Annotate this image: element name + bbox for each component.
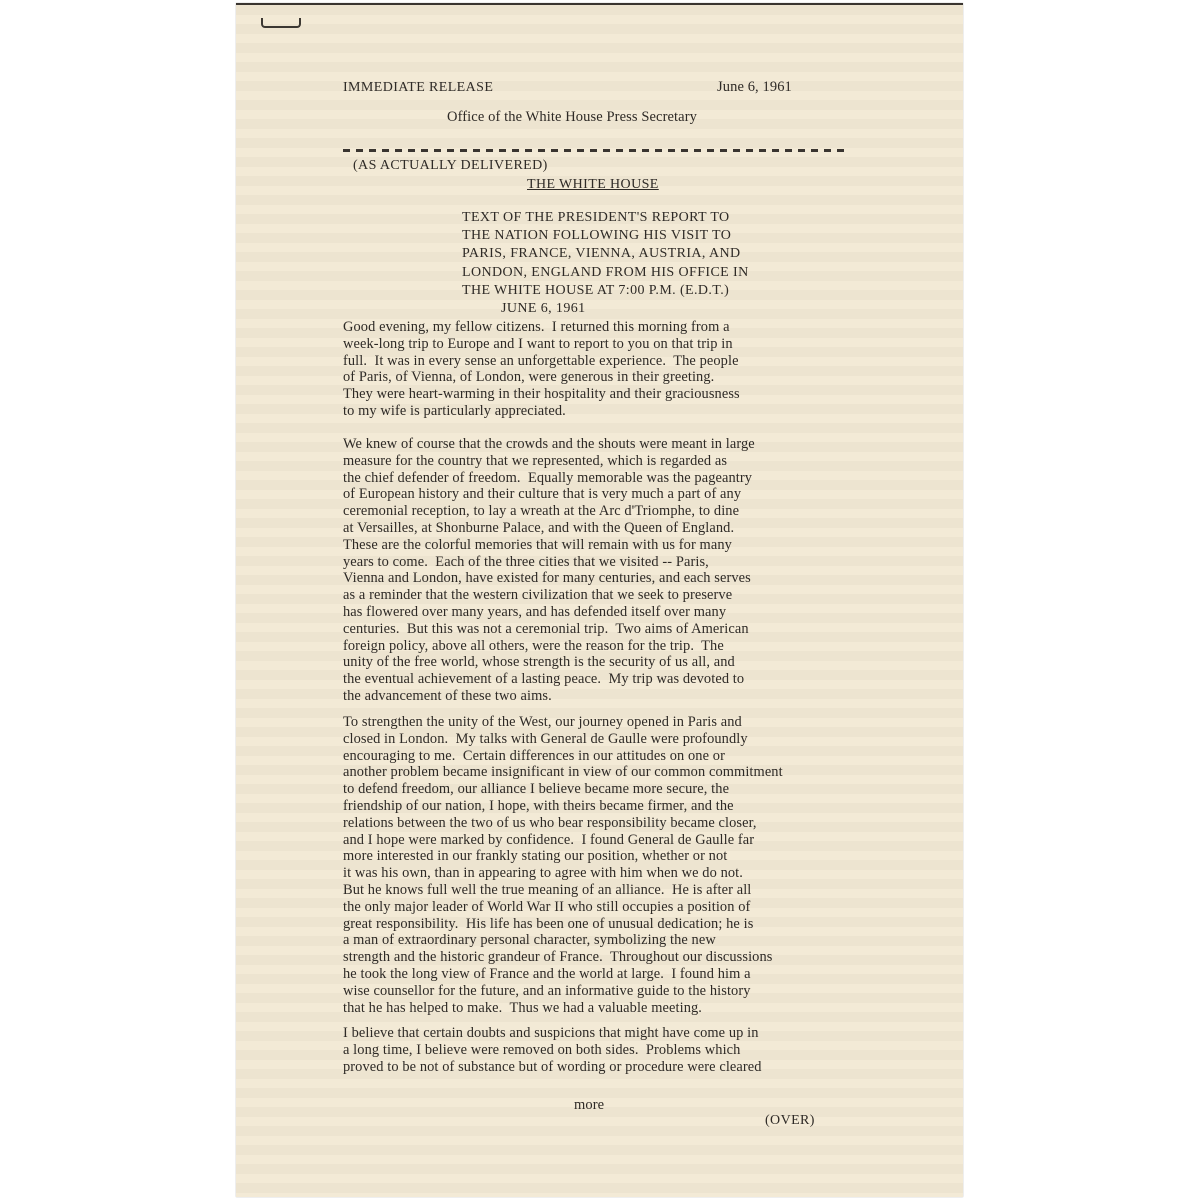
staple-mark bbox=[261, 18, 301, 28]
release-label: IMMEDIATE RELEASE bbox=[343, 78, 493, 97]
dashed-divider bbox=[343, 149, 847, 152]
paragraph-2: We knew of course that the crowds and th… bbox=[343, 436, 755, 705]
document-title: TEXT OF THE PRESIDENT'S REPORT TO THE NA… bbox=[462, 209, 749, 318]
paragraph-4: I believe that certain doubts and suspic… bbox=[343, 1025, 762, 1075]
office-heading: Office of the White House Press Secretar… bbox=[447, 108, 697, 127]
delivered-note: (AS ACTUALLY DELIVERED) bbox=[353, 156, 548, 175]
institution-heading: THE WHITE HOUSE bbox=[527, 175, 659, 194]
release-date: June 6, 1961 bbox=[717, 78, 792, 97]
footer-more: more bbox=[574, 1096, 604, 1115]
paragraph-3: To strengthen the unity of the West, our… bbox=[343, 714, 783, 1016]
footer-over: (OVER) bbox=[765, 1111, 815, 1130]
paragraph-1: Good evening, my fellow citizens. I retu… bbox=[343, 319, 740, 420]
